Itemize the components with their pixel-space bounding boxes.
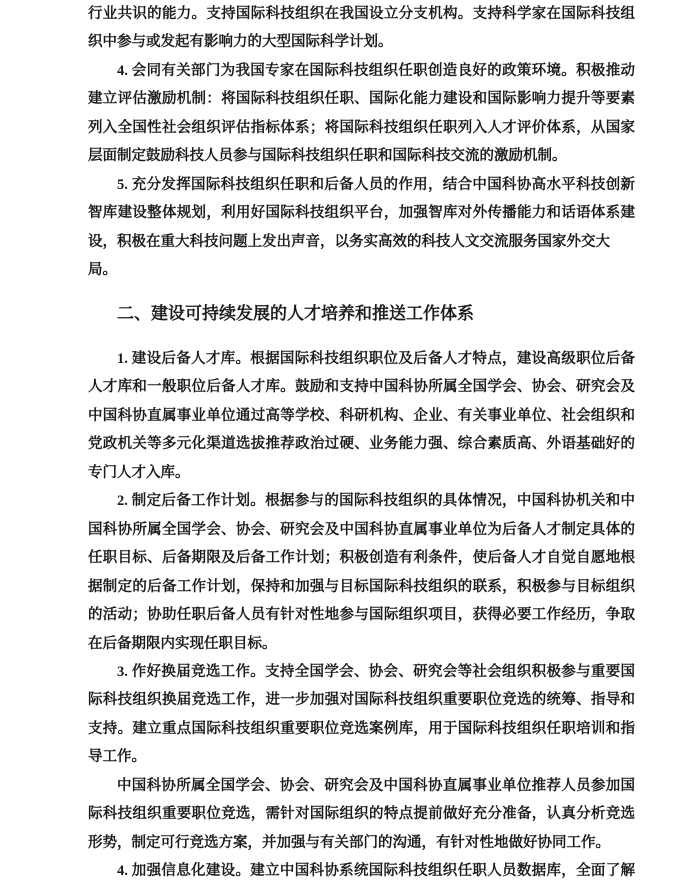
text-line: 际科技组织换届竞选工作，进一步加强对国际科技组织重要职位竞选的统筹、指导和 — [88, 686, 635, 714]
text-line: 3. 作好换届竞选工作。支持全国学会、协会、研究会等社会组织积极参与重要国 — [88, 658, 635, 686]
text-line: 行业共识的能力。支持国际科技组织在我国设立分支机构。支持科学家在国际科技组 — [88, 0, 635, 28]
text-line: 党政机关等多元化渠道选拔推荐政治过硬、业务能力强、综合素质高、外语基础好的 — [88, 430, 635, 458]
paragraph: 行业共识的能力。支持国际科技组织在我国设立分支机构。支持科学家在国际科技组织中参… — [88, 0, 635, 57]
text-line: 际科技组织重要职位竞选，需针对国际组织的特点提前做好充分准备，认真分析竞选 — [88, 800, 635, 828]
text-line: 层面制定鼓励科技人员参与国际科技组织任职和国际科技交流的激励机制。 — [88, 142, 635, 170]
text-line: 设，积极在重大科技问题上发出声音，以务实高效的科技人文交流服务国家外交大局。 — [88, 228, 635, 285]
text-line: 导工作。 — [88, 743, 635, 771]
text-line: 列入全国性社会组织评估指标体系；将国际科技组织任职列入人才评价体系，从国家 — [88, 114, 635, 142]
text-line: 人才库和一般职位后备人才库。鼓励和支持中国科协所属全国学会、协会、研究会及 — [88, 373, 635, 401]
text-line: 智库建设整体规划，利用好国际科技组织平台，加强智库对外传播能力和话语体系建 — [88, 199, 635, 227]
text-line: 形势，制定可行竞选方案，并加强与有关部门的沟通，有针对性地做好协同工作。 — [88, 829, 635, 855]
paragraph: 中国科协所属全国学会、协会、研究会及中国科协直属事业单位推荐人员参加国际科技组织… — [88, 772, 635, 855]
paragraph: 4. 会同有关部门为我国专家在国际科技组织任职创造良好的政策环境。积极推动建立评… — [88, 57, 635, 171]
paragraph: 2. 制定后备工作计划。根据参与的国际科技组织的具体情况，中国科协机关和中国科协… — [88, 487, 635, 658]
text-line: 在后备期限内实现任职目标。 — [88, 630, 635, 658]
text-line: 中国科协所属全国学会、协会、研究会及中国科协直属事业单位推荐人员参加国 — [88, 772, 635, 800]
text-line: 5. 充分发挥国际科技组织任职和后备人员的作用，结合中国科协高水平科技创新 — [88, 171, 635, 199]
paragraph: 1. 建设后备人才库。根据国际科技组织职位及后备人才特点，建设高级职位后备人才库… — [88, 345, 635, 487]
document-page: 行业共识的能力。支持国际科技组织在我国设立分支机构。支持科学家在国际科技组织中参… — [88, 0, 635, 855]
text-line: 织中参与或发起有影响力的大型国际科学计划。 — [88, 28, 635, 56]
text-line: 任职目标、后备期限及后备工作计划；积极创造有利条件，使后备人才自觉自愿地根 — [88, 544, 635, 572]
text-line: 专门人才入库。 — [88, 459, 635, 487]
paragraph: 5. 充分发挥国际科技组织任职和后备人员的作用，结合中国科协高水平科技创新智库建… — [88, 171, 635, 285]
text-line: 4. 会同有关部门为我国专家在国际科技组织任职创造良好的政策环境。积极推动 — [88, 57, 635, 85]
text-line: 国科协所属全国学会、协会、研究会及中国科协直属事业单位为后备人才制定具体的 — [88, 516, 635, 544]
text-line: 据制定的后备工作计划，保持和加强与目标国际科技组织的联系，积极参与目标组织 — [88, 573, 635, 601]
section-heading: 二、建设可持续发展的人才培养和推送工作体系 — [88, 300, 635, 328]
text-line: 2. 制定后备工作计划。根据参与的国际科技组织的具体情况，中国科协机关和中 — [88, 487, 635, 515]
text-line: 支持。建立重点国际科技组织重要职位竞选案例库，用于国际科技组织任职培训和指 — [88, 715, 635, 743]
paragraph: 3. 作好换届竞选工作。支持全国学会、协会、研究会等社会组织积极参与重要国际科技… — [88, 658, 635, 772]
text-line: 中国科协直属事业单位通过高等学校、科研机构、企业、有关事业单位、社会组织和 — [88, 402, 635, 430]
text-line: 1. 建设后备人才库。根据国际科技组织职位及后备人才特点，建设高级职位后备 — [88, 345, 635, 373]
text-line: 建立评估激励机制：将国际科技组织任职、国际化能力建设和国际影响力提升等要素 — [88, 85, 635, 113]
text-line: 二、建设可持续发展的人才培养和推送工作体系 — [88, 300, 635, 328]
text-line: 的活动；协助任职后备人员有针对性地参与国际组织项目，获得必要工作经历，争取 — [88, 601, 635, 629]
